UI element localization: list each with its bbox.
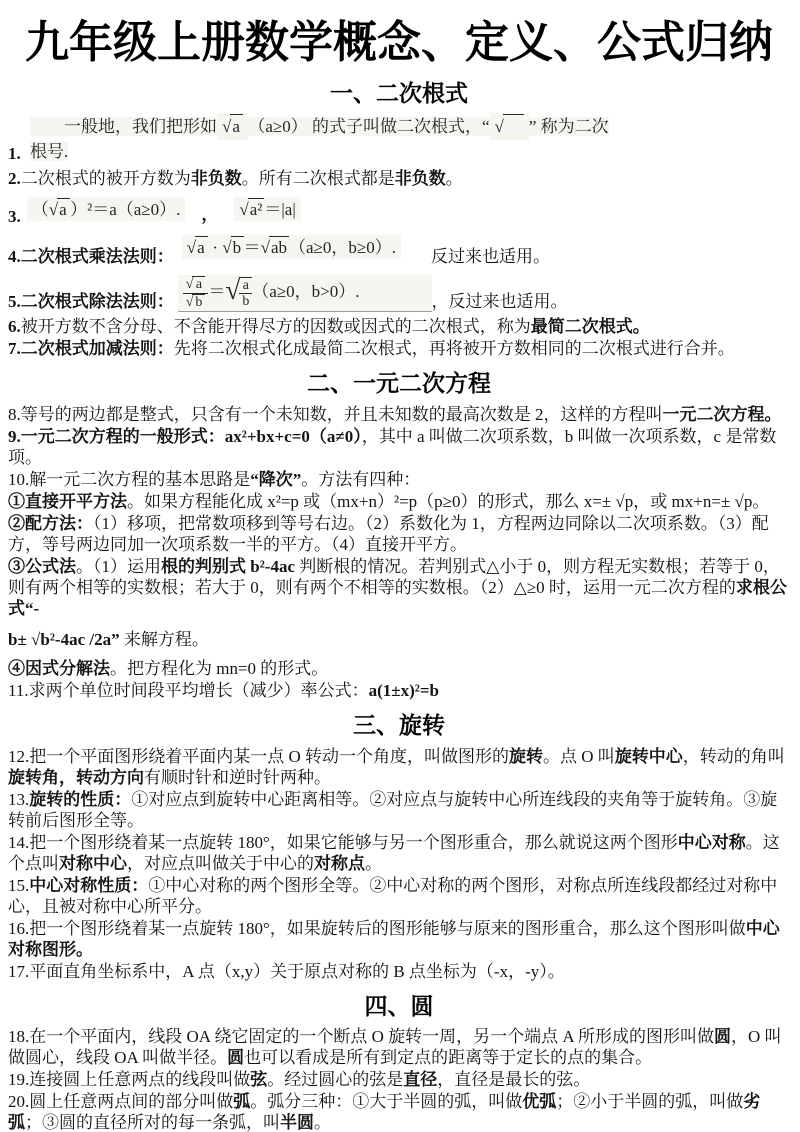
fraction: √a√b [183,276,209,310]
text-run: 一元二次方程。 [663,405,782,424]
text-run: ；③圆的直径所对的每一条弧，叫 [25,1113,280,1132]
text-run: 。所有二次根式都是 [242,169,395,188]
text-run: 来解方程。 [120,630,209,649]
text-run: 半圆 [280,1113,314,1132]
formula: √a√b＝√ab（a≥0，b>0）. [178,275,432,312]
sqrt-fraction-icon: √ab [225,277,252,310]
paragraph: 4.二次根式乘法法则：√a · √b＝√ab（a≥0，b≥0）.反过来也适用。 [8,235,790,267]
text-run: 2. [8,169,21,188]
formula-text: （a≥0，b≥0）. [289,238,396,257]
formula-text: ＝ [208,282,225,301]
paragraph: 7.二次根式加减法则：先将二次根式化成最简二次根式，再将被开方数相同的二次根式进… [8,338,790,359]
text-run: 13. [8,790,29,809]
text-run: 反过来也适用。 [431,246,550,267]
text-run: 直径 [403,1070,437,1089]
paragraph: 11.求两个单位时间段平均增长（减少）率公式：a(1±x)²=b [8,680,790,701]
text-run: 。经过圆心的弦是 [267,1070,403,1089]
text-run: 3. [8,206,21,227]
text-run: “降次” [250,470,301,489]
section-heading-rotation: 三、旋转 [8,712,790,740]
text-run: 先将二次根式化成最简二次根式，再将被开方数相同的二次根式进行合并。 [174,339,735,358]
page-title: 九年级上册数学概念、定义、公式归纳 [8,18,790,69]
text-run: 10.解一元二次方程的基本思路是 [8,470,250,489]
text-run: 非负数 [191,169,242,188]
section-quadratic-radicals: 一、二次根式 一般地，我们把形如√a（a≥0） 的式子叫做二次根式，“√ ” 称… [8,80,790,360]
text-run: 一般地，我们把形如 [30,117,217,136]
text-run: ②配方法： [8,514,93,533]
text-run: 有顺时针和逆时针两种。 [144,768,331,787]
text-run: 中心对称 [678,833,746,852]
text-run: （1）移项，把常数项移到等号右边。（2）系数化为 1，方程两边同除以二次项系数。… [8,514,769,554]
paragraph: 5.二次根式除法法则：√a√b＝√ab（a≥0，b>0）.，反过来也适用。 [8,275,790,312]
formula-text: · [208,238,222,257]
text-run: 19.连接圆上任意两点的线段叫做 [8,1070,250,1089]
section-circle: 四、圆 18.在一个平面内，线段 OA 绕它固定的一个断点 O 旋转一周，另一个… [8,993,790,1132]
section-body: 一般地，我们把形如√a（a≥0） 的式子叫做二次根式，“√ ” 称为二次根号.1… [8,113,790,359]
formula-text: （a≥0，b>0）. [252,282,359,301]
text-run: 。把方程化为 mn=0 的形式。 [110,659,328,678]
text-run: ，直径是最长的弦。 [437,1070,590,1089]
text-run: 。 [446,169,463,188]
text-run: 对称中心 [59,854,127,873]
sqrt-radical-icon: √a [222,114,243,139]
section-body: 8.等号的两边都是整式，只含有一个未知数，并且未知数的最高次数是 2，这样的方程… [8,404,790,701]
sqrt-radical-icon: √ab [261,236,289,258]
text-run: 12.把一个平面图形绕着平面内某一点 O 转动一个角度，叫做图形的 [8,747,509,766]
text-run: 旋转 [509,747,543,766]
paragraph: 19.连接圆上任意两点的线段叫做弦。经过圆心的弦是直径，直径是最长的弦。 [8,1069,790,1090]
text-run: 。（1）运用 [76,557,161,576]
formula: √a · √b＝√ab（a≥0，b≥0）. [182,235,401,259]
text-run: 15. [8,876,29,895]
paragraph: 16.把一个图形绕着某一点旋转 180°，如果旋转后的图形能够与原来的图形重合，… [8,918,790,960]
section-body: 18.在一个平面内，线段 OA 绕它固定的一个断点 O 旋转一周，另一个端点 A… [8,1026,790,1132]
document-page: 九年级上册数学概念、定义、公式归纳 一、二次根式 一般地，我们把形如√a（a≥0… [0,0,800,1132]
formula-text: ＝ [244,238,261,257]
formula-text: ＝|a| [264,200,295,219]
text-run: 20.圆上任意两点间的部分叫做 [8,1092,233,1111]
paragraph: 3.（√a）²＝a（a≥0）.，√a²＝|a| [8,197,790,227]
formula-text: （ [32,200,49,219]
section-heading-circle: 四、圆 [8,993,790,1021]
section-body: 12.把一个平面图形绕着平面内某一点 O 转动一个角度，叫做图形的旋转。点 O … [8,746,790,982]
sqrt-radical-icon: √b [186,294,206,311]
text-run: 。弧分三种：①大于半圆的弧，叫做 [250,1092,522,1111]
text-run: 最简二次根式。 [531,317,650,336]
text-run: 16.把一个图形绕着某一点旋转 180°，如果旋转后的图形能够与原来的图形重合，… [8,919,746,938]
text-run: 旋转的性质： [29,790,131,809]
text-run: a(1±x)²=b [369,681,439,700]
text-run: b± √b²-4ac /2a” [8,630,120,649]
formula: （√a）²＝a（a≥0）. [27,197,186,221]
text-run: 对称点 [314,854,365,873]
paragraph: 2.二次根式的被开方数为非负数。所有二次根式都是非负数。 [8,168,790,189]
text-run: 圆 [714,1027,731,1046]
text-run: 。 [314,1113,331,1132]
text-run: 。点 O 叫 [543,747,615,766]
sqrt-radical-icon: √a [49,198,70,220]
text-run: 7.二次根式加减法则： [8,339,174,358]
text-run: 弦 [250,1070,267,1089]
paragraph: 20.圆上任意两点间的部分叫做弧。弧分三种：①大于半圆的弧，叫做优弧；②小于半圆… [8,1091,790,1132]
text-run: ；②小于半圆的弧，叫做 [556,1092,743,1111]
section-heading-quadratic-equations: 二、一元二次方程 [8,370,790,398]
paragraph: 12.把一个平面图形绕着平面内某一点 O 转动一个角度，叫做图形的旋转。点 O … [8,746,790,788]
paragraph: 18.在一个平面内，线段 OA 绕它固定的一个断点 O 旋转一周，另一个端点 A… [8,1026,790,1068]
section-heading-quadratic-radicals: 一、二次根式 [8,80,790,108]
scanned-intro-paragraph: 一般地，我们把形如√a（a≥0） 的式子叫做二次根式，“√ ” 称为二次根号.1… [8,113,790,164]
text-run: ④因式分解法 [8,659,110,678]
text-run: 4.二次根式乘法法则： [8,246,174,267]
sqrt-radical-icon: √b [222,236,243,258]
text-run: ③公式法 [8,557,76,576]
text-run: 18.在一个平面内，线段 OA 绕它固定的一个断点 O 旋转一周，另一个端点 A… [8,1027,714,1046]
formula: √a [217,113,248,140]
paragraph: 6.被开方数不含分母、不含能开得尽方的因数或因式的二次根式，称为最简二次根式。 [8,316,790,337]
text-run: 根的判别式 b²-4ac [161,557,299,576]
paragraph: 15.中心对称性质：①中心对称的两个图形全等。②中心对称的两个图形，对称点所连线… [8,875,790,917]
paragraph: ③公式法。（1）运用根的判别式 b²-4ac 判断根的情况。若判别式△小于 0，… [8,556,790,619]
text-run: 优弧 [522,1092,556,1111]
paragraph: 14.把一个图形绕着某一点旋转 180°，如果它能够与另一个图形重合，那么就说这… [8,832,790,874]
formula-text: ）²＝a（a≥0）. [70,200,180,219]
text-run: 旋转角，转动方向 [8,768,144,787]
sqrt-radical-icon: √a [186,276,206,293]
sqrt-radical-icon: √a² [239,198,264,220]
text-run: ，对应点叫做关于中心的 [127,854,314,873]
text-run: ，转动的角叫 [683,747,785,766]
item-number: 1. [8,142,21,166]
text-run: 5.二次根式除法法则： [8,291,174,312]
text-run: 被开方数不含分母、不含能开得尽方的因数或因式的二次根式，称为 [21,317,531,336]
text-run: 9.一元二次方程的一般形式：ax²+bx+c=0（a≠0） [8,427,362,446]
text-run: 二次根式的被开方数为 [21,169,191,188]
text-run: 根号. [30,142,68,161]
text-run: 旋转中心 [615,747,683,766]
paragraph: ①直接开平方法。如果方程能化成 x²=p 或（mx+n）²=p（p≥0）的形式，… [8,491,790,512]
formula: √a²＝|a| [234,197,300,221]
text-run: 。 [365,854,382,873]
formula: √ [490,113,529,140]
paragraph: 17.平面直角坐标系中，A 点（x,y）关于原点对称的 B 点坐标为（-x，-y… [8,961,790,982]
section-quadratic-equations: 二、一元二次方程 8.等号的两边都是整式，只含有一个未知数，并且未知数的最高次数… [8,370,790,701]
paragraph: 10.解一元二次方程的基本思路是“降次”。方法有四种： [8,469,790,490]
text-run: （a≥0） 的式子叫做二次根式，“ [248,117,489,136]
text-run: 11.求两个单位时间段平均增长（减少）率公式： [8,681,369,700]
text-run: 。方法有四种： [301,470,420,489]
text-run: 17.平面直角坐标系中，A 点（x,y）关于原点对称的 B 点坐标为（-x，-y… [8,962,565,981]
sqrt-radical-icon: √a [187,236,208,258]
text-run: 非负数 [395,169,446,188]
text-run: 6. [8,317,21,336]
paragraph: ④因式分解法。把方程化为 mn=0 的形式。 [8,658,790,679]
text-run: 弧 [233,1092,250,1111]
paragraph: 13.旋转的性质：①对应点到旋转中心距离相等。②对应点与旋转中心所连线段的夹角等… [8,789,790,831]
sqrt-radical-icon: √ [495,114,524,139]
text-run: 14.把一个图形绕着某一点旋转 180°，如果它能够与另一个图形重合，那么就说这… [8,833,678,852]
text-run: 8.等号的两边都是整式，只含有一个未知数，并且未知数的最高次数是 2，这样的方程… [8,405,663,424]
text-run: 。如果方程能化成 x²=p 或（mx+n）²=p（p≥0）的形式，那么 x=± … [127,492,769,511]
text-run: 圆 [227,1048,244,1067]
text-run: 中心对称性质： [29,876,148,895]
text-run: ， [201,204,218,225]
paragraph: ②配方法：（1）移项，把常数项移到等号右边。（2）系数化为 1，方程两边同除以二… [8,513,790,555]
text-run: ，反过来也适用。 [432,291,568,312]
paragraph: 9.一元二次方程的一般形式：ax²+bx+c=0（a≠0），其中 a 叫做二次项… [8,426,790,468]
text-run: ①直接开平方法 [8,492,127,511]
paragraph: b± √b²-4ac /2a” 来解方程。 [8,629,790,650]
paragraph: 8.等号的两边都是整式，只含有一个未知数，并且未知数的最高次数是 2，这样的方程… [8,404,790,425]
text-run: 也可以看成是所有到定点的距离等于定长的点的集合。 [244,1048,652,1067]
text-run: ” 称为二次 [529,117,609,136]
section-rotation: 三、旋转 12.把一个平面图形绕着平面内某一点 O 转动一个角度，叫做图形的旋转… [8,712,790,982]
